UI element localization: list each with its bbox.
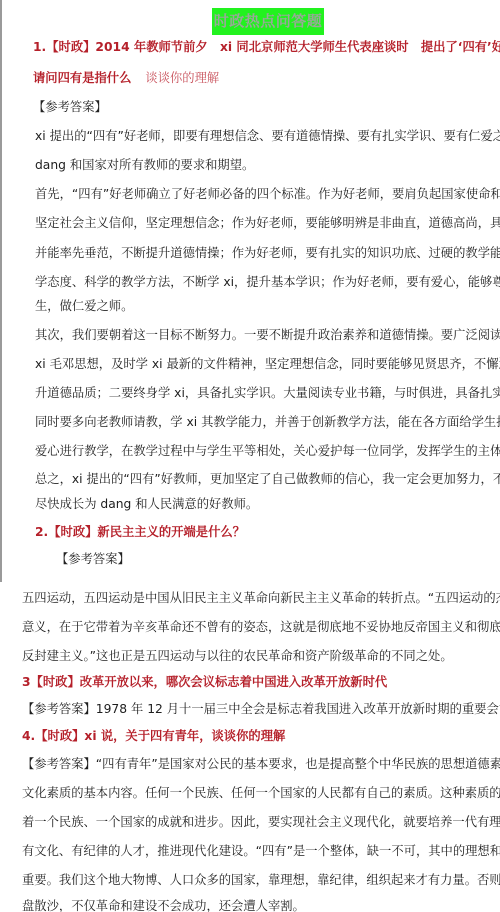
- answer-label-1: 【参考答案】: [33, 99, 107, 115]
- answer-1-line: 升道德品质；二要终身学 xi，具备扎实学识。大量阅读专业书籍，与时俱进，具备扎实…: [35, 385, 500, 401]
- answer-4-line: 文化素质的基本内容。任何一个民族、任何一个国家的人民都有自己的素质。这种素质的好…: [22, 785, 500, 801]
- answer-1-line: 其次，我们要朝着这一目标不断努力。一要不断提升政治素养和道德情操。要广泛阅读马列…: [35, 327, 500, 343]
- answer-1-line: 爱心进行教学，在教学过程中与学生平等相处，关心爱护每一位同学，发挥学生的主体作用…: [35, 443, 500, 459]
- answer-4-line: 盘散沙，不仅革命和建设不会成功，还会遭人宰割。: [22, 898, 305, 912]
- answer-1-line: 生，做仁爱之师。: [35, 298, 133, 314]
- answer-1-line: xi 毛邓思想，及时学 xi 最新的文件精神，坚定理想信念，同时要能够见贤思齐，…: [35, 356, 500, 372]
- document-page-2: 五四运动，五四运动是中国从旧民主主义革命向新民主主义革命的转折点。“五四运动的杰…: [0, 582, 500, 912]
- question-1-line-2: 请问四有是指什么谈谈你的理解: [33, 70, 219, 86]
- title-banner: 时政热点问答题: [212, 8, 324, 35]
- answer-1-line: dang 和国家对所有教师的要求和期望。: [35, 157, 254, 173]
- answer-2-line: 五四运动，五四运动是中国从旧民主主义革命向新民主主义革命的转折点。“五四运动的杰…: [22, 590, 500, 606]
- question-1-tail: 谈谈你的理解: [145, 71, 219, 85]
- answer-4-line: 着一个民族、一个国家的成就和进步。因此，要实现社会主义现代化，就要培养一代有理想…: [22, 814, 500, 830]
- answer-1-line: xi 提出的“四有”好老师，即要有理想信念、要有道德情操、要有扎实学识、要有仁爱…: [35, 128, 500, 144]
- answer-1-line: 学态度、科学的教学方法，不断学 xi，提升基本学识；作为好老师，要有爱心，能够尊…: [35, 274, 500, 290]
- question-3: 3【时政】改革开放以来，哪次会议标志着中国进入改革开放新时代: [22, 674, 387, 690]
- answer-1-line: 同时要多向老教师请教，学 xi 其教学能力，并善于创新教学方法，能在各方面给学生…: [35, 414, 500, 430]
- answer-1-line: 首先，“四有”好老师确立了好老师必备的四个标准。作为好老师，要肩负起国家使命和社…: [35, 186, 500, 202]
- answer-4-line: 【参考答案】“四有青年”是国家对公民的基本要求，也是提高整个中华民族的思想道德素…: [22, 756, 500, 772]
- answer-1-line: 坚定社会主义信仰，坚定理想信念；作为好老师，要能够明辨是非曲直，道德高尚，具有奉…: [35, 215, 500, 231]
- answer-label-2: 【参考答案】: [56, 551, 130, 567]
- question-1-line-1: 1.【时政】2014 年教师节前夕 xi 同北京师范大学师生代表座谈时 提出了‘…: [33, 39, 500, 55]
- answer-1-line: 尽快成长为 dang 和人民满意的好教师。: [35, 496, 258, 512]
- answer-1-line: 并能率先垂范，不断提升道德情操；作为好老师，要有扎实的知识功底、过硬的教学能力、…: [35, 245, 500, 261]
- question-2: 2.【时政】新民主主义的开端是什么？: [35, 524, 245, 540]
- answer-1-line: 总之，xi 提出的“四有”好教师，更加坚定了自己做教师的信心，我一定会更加努力，…: [35, 471, 500, 487]
- answer-4-line: 重要。我们这个地大物博、人口众多的国家，靠理想，靠纪律，组织起来才有力量。否则，…: [22, 872, 500, 888]
- question-1-main: 请问四有是指什么: [33, 71, 131, 85]
- document-page-1: 时政热点问答题 1.【时政】2014 年教师节前夕 xi 同北京师范大学师生代表…: [0, 0, 500, 582]
- answer-4-line: 有文化、有纪律的人才，推进现代化建设。“四有”是一个整体，缺一不可，其中的理想和…: [22, 843, 500, 859]
- answer-2-line: 反封建主义。”这也正是五四运动与以往的农民革命和资产阶级革命的不同之处。: [22, 648, 453, 664]
- answer-3: 【参考答案】1978 年 12 月十一届三中全会是标志着我国进入改革开放新时期的…: [22, 701, 500, 717]
- answer-2-line: 意义，在于它带着为辛亥革命还不曾有的姿态，这就是彻底地不妥协地反帝国主义和彻底地…: [22, 619, 500, 635]
- question-4: 4.【时政】xi 说，关于四有青年，谈谈你的理解: [22, 728, 285, 744]
